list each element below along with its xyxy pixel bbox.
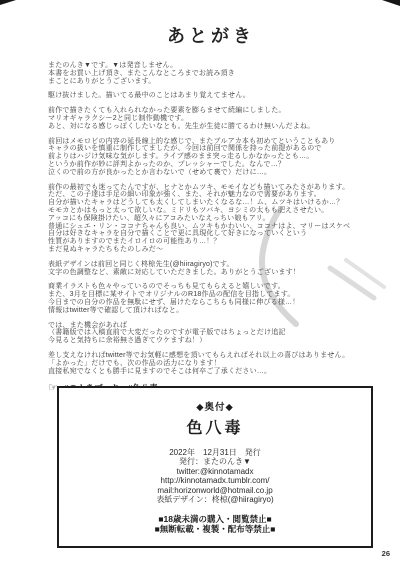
- afterword-paragraph: 表紙デザインは前回と同じく柊椋先生(@hiiragiryo)です。 文字の色調整…: [48, 261, 374, 277]
- scanned-afterword-page: あとがき またのんき▼です。▼は発音しません。 本書をお買い上げ頂き、またこんな…: [0, 0, 400, 566]
- website-url: http://kinnotamadx.tumblr.com/: [59, 476, 371, 485]
- afterword-paragraph: 前作の最初でも迷ってたんですが、ヒナとかムツキ、モモイなども描いてみたさがありま…: [48, 184, 374, 254]
- mail-address: mail:horizonworld@hotmail.co.jp: [59, 486, 371, 495]
- afterword-paragraph: 差し支えなければtwitter等でお気軽に感想を頂いてもらえればそれ以上の喜びは…: [48, 352, 374, 375]
- page-number: 26: [382, 549, 390, 558]
- afterword-paragraph: では、また機会があれば （書籍版では入稿直前で大変だったのですが電子版ではちょっ…: [48, 322, 374, 345]
- book-title: 色八毒: [59, 415, 371, 438]
- afterword-body: あとがき またのんき▼です。▼は発音しません。 本書をお買い上げ頂き、またこんな…: [0, 0, 400, 394]
- colophon-box: ◆奥付◆ 色八毒 2022年 12月31日 発行 発行：またのんき▼ twitt…: [57, 386, 373, 548]
- twitter-handle: twitter:@kinnotamadx: [59, 467, 371, 476]
- publish-date: 2022年 12月31日 発行: [59, 448, 371, 457]
- afterword-paragraph: 前作で描きたくても入れられなかった要素を膨らませて続編にしました。 マリオギャラ…: [48, 107, 374, 130]
- no-reproduction-notice: ■無断転載・複製・配布等禁止■: [59, 524, 371, 534]
- afterword-paragraph: 駆け抜けました。描いてる最中のことはあまり覚えてません。: [48, 92, 374, 100]
- age-restriction-notice: ■18歳未満の購入・閲覧禁止■: [59, 514, 371, 524]
- page-title: あとがき: [48, 22, 374, 48]
- colophon-header: ◆奥付◆: [59, 399, 371, 413]
- cover-design-credit: 表紙デザイン：柊椋(@hiiragiryo): [59, 495, 371, 504]
- afterword-paragraph: またのんき▼です。▼は発音しません。 本書をお買い上げ頂き、またこんなところまで…: [48, 62, 374, 85]
- publisher: 発行：またのんき▼: [59, 457, 371, 466]
- afterword-paragraph: 前回はメモロビの内容の延長線上的な感じで、またブルアカ本も初めてということもあり…: [48, 138, 374, 177]
- afterword-paragraph: 商業イラストも色々やっているのでそっちも見てもらえると嬉しいです。 また、3月を…: [48, 283, 374, 314]
